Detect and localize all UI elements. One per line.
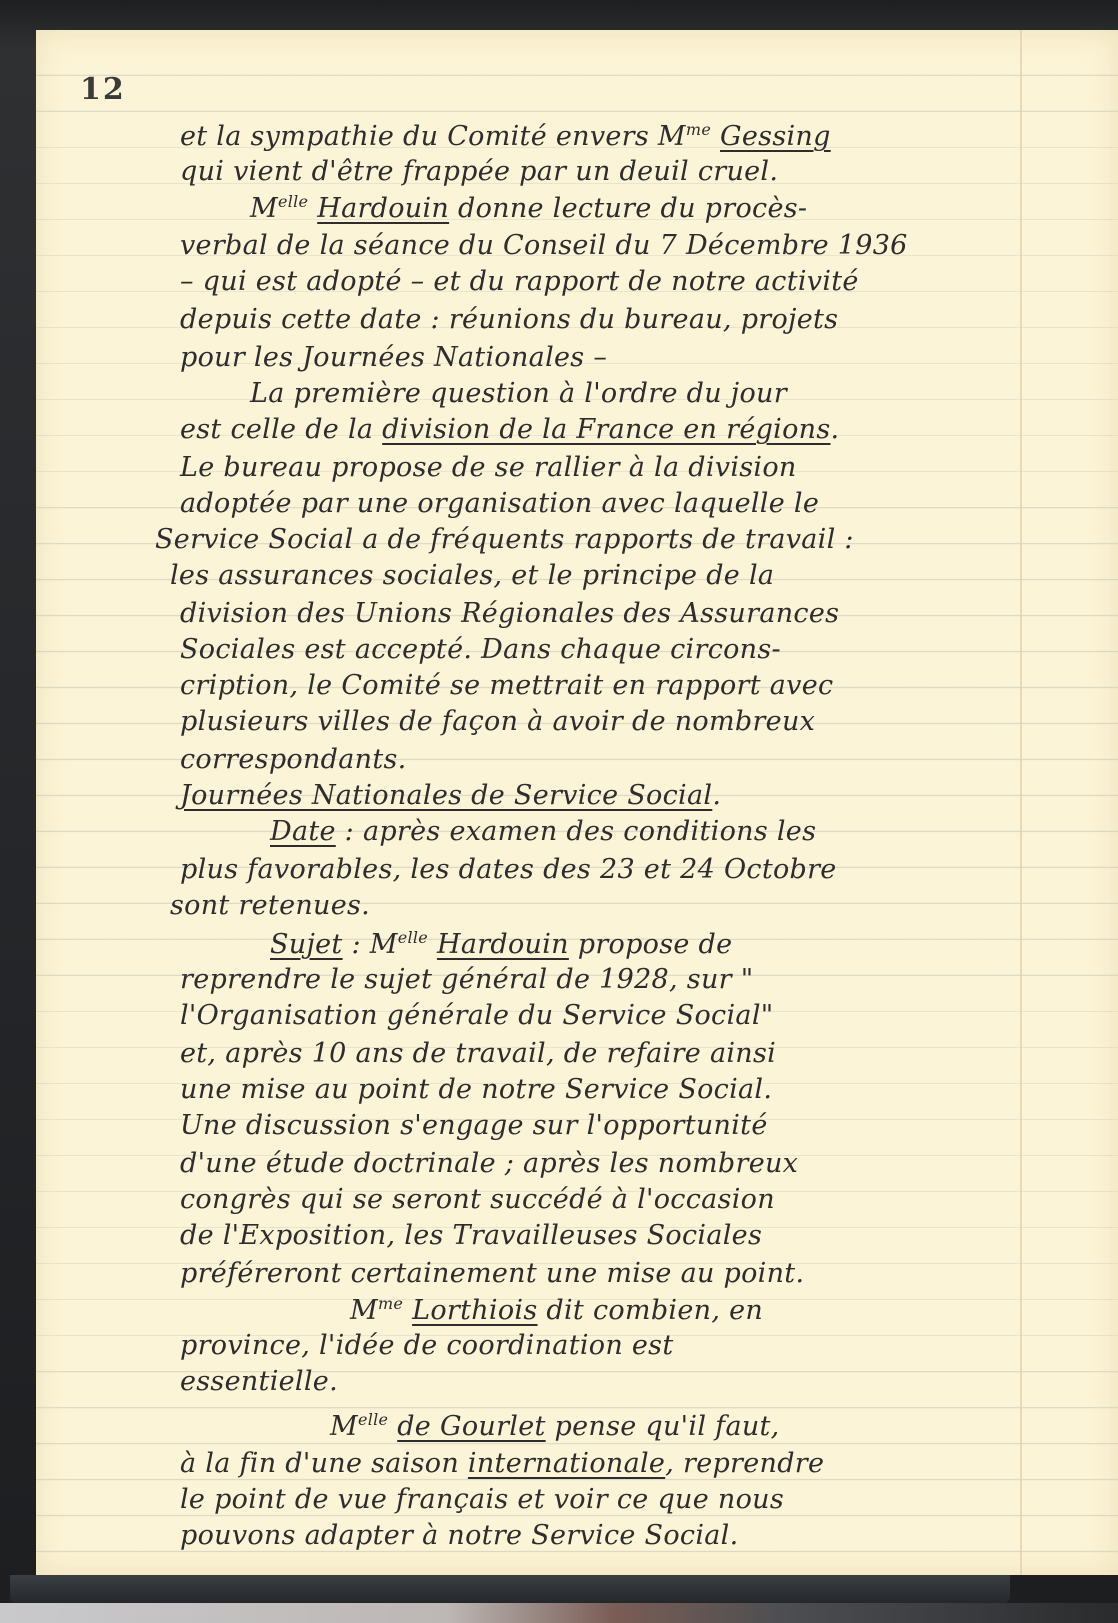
text-span: pense qu'il faut, — [546, 1411, 780, 1442]
text-span: plusieurs villes de façon à avoir de nom… — [180, 706, 815, 737]
text-span: division des Unions Régionales des Assur… — [180, 598, 839, 629]
text-span: : M — [343, 929, 398, 960]
text-line: Melle Hardouin donne lecture du procès- — [250, 192, 807, 224]
text-line: qui vient d'être frappée par un deuil cr… — [180, 156, 778, 187]
text-line: Melle de Gourlet pense qu'il faut, — [330, 1410, 780, 1442]
text-line: et, après 10 ans de travail, de refaire … — [180, 1038, 776, 1069]
text-span: correspondants. — [180, 744, 407, 775]
underlined-text: de Gourlet — [397, 1411, 545, 1442]
background-surface — [0, 1603, 1118, 1623]
text-span: M — [250, 193, 278, 224]
text-line: Date : après examen des conditions les — [270, 816, 816, 847]
text-line: l'Organisation générale du Service Socia… — [180, 1000, 773, 1031]
text-span: de l'Exposition, les Travailleuses Socia… — [180, 1220, 762, 1251]
text-span — [711, 121, 720, 152]
page-number: 12 — [80, 72, 126, 107]
text-span: essentielle. — [180, 1366, 338, 1397]
text-span: Une discussion s'engage sur l'opportunit… — [180, 1110, 768, 1141]
text-line: – qui est adopté – et du rapport de notr… — [180, 266, 859, 297]
text-line: à la fin d'une saison internationale, re… — [180, 1448, 824, 1479]
text-span: Le bureau propose de se rallier à la div… — [180, 452, 797, 483]
text-span: le point de vue français et voir ce que … — [180, 1484, 784, 1515]
text-span: , reprendre — [665, 1448, 824, 1479]
text-line: Mme Lorthiois dit combien, en — [350, 1294, 763, 1326]
text-span — [428, 929, 437, 960]
text-span: dit combien, en — [538, 1295, 764, 1326]
underlined-text: Lorthiois — [412, 1295, 537, 1326]
text-line: plusieurs villes de façon à avoir de nom… — [180, 706, 815, 737]
text-span: adoptée par une organisation avec laquel… — [180, 488, 819, 519]
text-line: les assurances sociales, et le principe … — [170, 560, 774, 591]
margin-rule — [1020, 30, 1022, 1575]
text-span: plus favorables, les dates des 23 et 24 … — [180, 854, 837, 885]
text-line: cription, le Comité se mettrait en rappo… — [180, 670, 833, 701]
text-span: . — [831, 414, 840, 445]
text-span: congrès qui se seront succédé à l'occasi… — [180, 1184, 775, 1215]
text-span: les assurances sociales, et le principe … — [170, 560, 774, 591]
text-span: Sociales est accepté. Dans chaque circon… — [180, 634, 781, 665]
text-span: province, l'idée de coordination est — [180, 1330, 674, 1361]
text-line: Service Social a de fréquents rapports d… — [155, 524, 854, 555]
text-span: depuis cette date : réunions du bureau, … — [180, 304, 838, 335]
text-span: pour les Journées Nationales – — [180, 342, 607, 373]
text-span: Service Social a de fréquents rapports d… — [155, 524, 854, 555]
text-span: et la sympathie du Comité envers M — [180, 121, 686, 152]
text-span: qui vient d'être frappée par un deuil cr… — [180, 156, 778, 187]
text-span: sont retenues. — [170, 890, 370, 921]
text-span: elle — [398, 928, 428, 947]
text-span — [403, 1295, 412, 1326]
text-span: – qui est adopté – et du rapport de notr… — [180, 266, 859, 297]
text-span: me — [686, 120, 711, 139]
text-span: elle — [358, 1410, 388, 1429]
text-span: une mise au point de notre Service Socia… — [180, 1074, 772, 1105]
text-line: essentielle. — [180, 1366, 338, 1397]
text-span: et, après 10 ans de travail, de refaire … — [180, 1038, 776, 1069]
text-span: pouvons adapter à notre Service Social. — [180, 1520, 738, 1551]
text-line: plus favorables, les dates des 23 et 24 … — [180, 854, 837, 885]
text-line: une mise au point de notre Service Socia… — [180, 1074, 772, 1105]
underlined-text: Date — [270, 816, 336, 847]
text-span: reprendre le sujet général de 1928, sur … — [180, 964, 753, 995]
text-line: La première question à l'ordre du jour — [250, 378, 787, 409]
text-line: reprendre le sujet général de 1928, sur … — [180, 964, 753, 995]
text-line: congrès qui se seront succédé à l'occasi… — [180, 1184, 775, 1215]
text-line: d'une étude doctrinale ; après les nombr… — [180, 1148, 798, 1179]
text-line: Une discussion s'engage sur l'opportunit… — [180, 1110, 768, 1141]
underlined-text: internationale — [468, 1448, 665, 1479]
text-span: : après examen des conditions les — [336, 816, 816, 847]
text-span: propose de — [569, 929, 733, 960]
text-line: sont retenues. — [170, 890, 370, 921]
underlined-text: division de la France en régions — [382, 414, 830, 445]
text-span: à la fin d'une saison — [180, 1448, 468, 1479]
text-line: division des Unions Régionales des Assur… — [180, 598, 839, 629]
text-span: verbal de la séance du Conseil du 7 Déce… — [180, 230, 908, 261]
text-span: l'Organisation générale du Service Socia… — [180, 1000, 773, 1031]
text-line: est celle de la division de la France en… — [180, 414, 839, 445]
text-line: verbal de la séance du Conseil du 7 Déce… — [180, 230, 908, 261]
text-line: Sujet : Melle Hardouin propose de — [270, 928, 732, 960]
text-span: est celle de la — [180, 414, 382, 445]
text-span: cription, le Comité se mettrait en rappo… — [180, 670, 833, 701]
text-line: pouvons adapter à notre Service Social. — [180, 1520, 738, 1551]
text-line: correspondants. — [180, 744, 407, 775]
text-span — [308, 193, 317, 224]
text-span: elle — [278, 192, 308, 211]
underlined-text: Gessing — [720, 121, 831, 152]
underlined-text: Hardouin — [317, 193, 449, 224]
text-span: d'une étude doctrinale ; après les nombr… — [180, 1148, 798, 1179]
text-line: préféreront certainement une mise au poi… — [180, 1258, 804, 1289]
text-span — [388, 1411, 397, 1442]
text-span: . — [712, 780, 721, 811]
underlined-text: Journées Nationales de Service Social — [180, 780, 712, 811]
text-span: La première question à l'ordre du jour — [250, 378, 787, 409]
text-line: le point de vue français et voir ce que … — [180, 1484, 784, 1515]
text-line: Sociales est accepté. Dans chaque circon… — [180, 634, 781, 665]
text-span: M — [330, 1411, 358, 1442]
text-line: Journées Nationales de Service Social. — [180, 780, 721, 811]
underlined-text: Hardouin — [437, 929, 569, 960]
underlined-text: Sujet — [270, 929, 343, 960]
text-line: adoptée par une organisation avec laquel… — [180, 488, 819, 519]
text-span: donne lecture du procès- — [449, 193, 807, 224]
text-line: et la sympathie du Comité envers Mme Ges… — [180, 120, 831, 152]
book-cover-bottom-edge — [10, 1575, 1010, 1603]
text-line: pour les Journées Nationales – — [180, 342, 607, 373]
text-line: province, l'idée de coordination est — [180, 1330, 674, 1361]
text-line: Le bureau propose de se rallier à la div… — [180, 452, 797, 483]
text-line: depuis cette date : réunions du bureau, … — [180, 304, 838, 335]
text-span: me — [378, 1294, 403, 1313]
text-line: de l'Exposition, les Travailleuses Socia… — [180, 1220, 762, 1251]
text-span: préféreront certainement une mise au poi… — [180, 1258, 804, 1289]
text-span: M — [350, 1295, 378, 1326]
